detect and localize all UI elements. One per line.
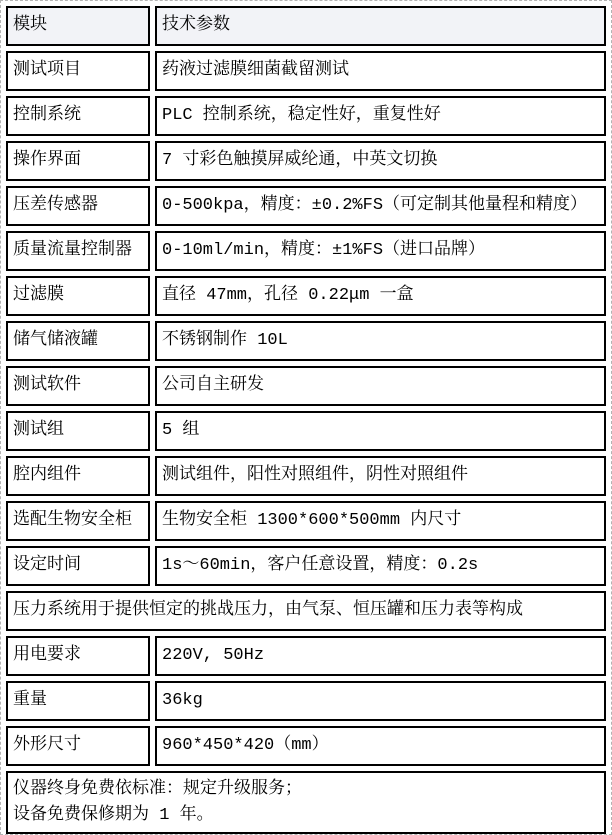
table-row: 操作界面7 寸彩色触摸屏威纶通，中英文切换: [6, 141, 606, 181]
table-row-merged: 仪器终身免费依标准：规定升级服务；设备免费保修期为 1 年。: [6, 771, 606, 834]
row-value: 5 组: [155, 411, 606, 451]
row-label: 控制系统: [6, 96, 150, 136]
row-value: 测试组件，阳性对照组件，阴性对照组件: [155, 456, 606, 496]
row-value: 960*450*420（mm）: [155, 726, 606, 766]
table-row: 设定时间1s～60min，客户任意设置，精度：0.2s: [6, 546, 606, 586]
row-label: 重量: [6, 681, 150, 721]
row-label: 质量流量控制器: [6, 231, 150, 271]
row-label: 测试软件: [6, 366, 150, 406]
table-row: 控制系统PLC 控制系统，稳定性好，重复性好: [6, 96, 606, 136]
header-row: 模块 技术参数: [6, 6, 606, 46]
row-label: 压差传感器: [6, 186, 150, 226]
table-row: 过滤膜直径 47mm，孔径 0.22μm 一盒: [6, 276, 606, 316]
spec-table-body: 测试项目药液过滤膜细菌截留测试控制系统PLC 控制系统，稳定性好，重复性好操作界…: [6, 51, 606, 834]
table-row: 腔内组件测试组件，阳性对照组件，阴性对照组件: [6, 456, 606, 496]
row-label: 用电要求: [6, 636, 150, 676]
row-value: 0-500kpa，精度：±0.2%FS（可定制其他量程和精度）: [155, 186, 606, 226]
table-row: 重量36kg: [6, 681, 606, 721]
row-label: 腔内组件: [6, 456, 150, 496]
row-value: 公司自主研发: [155, 366, 606, 406]
table-row: 选配生物安全柜生物安全柜 1300*600*500mm 内尺寸: [6, 501, 606, 541]
spec-table: 模块 技术参数 测试项目药液过滤膜细菌截留测试控制系统PLC 控制系统，稳定性好…: [1, 1, 611, 835]
table-row: 测试软件公司自主研发: [6, 366, 606, 406]
table-row: 测试组5 组: [6, 411, 606, 451]
row-label: 测试组: [6, 411, 150, 451]
row-value: 220V, 50Hz: [155, 636, 606, 676]
row-label: 外形尺寸: [6, 726, 150, 766]
row-value: PLC 控制系统，稳定性好，重复性好: [155, 96, 606, 136]
row-value: 1s～60min，客户任意设置，精度：0.2s: [155, 546, 606, 586]
table-row: 外形尺寸960*450*420（mm）: [6, 726, 606, 766]
header-cell-params: 技术参数: [155, 6, 606, 46]
table-row-merged: 压力系统用于提供恒定的挑战压力，由气泵、恒压罐和压力表等构成: [6, 591, 606, 631]
merged-row-value: 压力系统用于提供恒定的挑战压力，由气泵、恒压罐和压力表等构成: [6, 591, 606, 631]
row-value: 不锈钢制作 10L: [155, 321, 606, 361]
table-row: 质量流量控制器0-10ml/min，精度：±1%FS（进口品牌）: [6, 231, 606, 271]
row-value: 药液过滤膜细菌截留测试: [155, 51, 606, 91]
spec-sheet: 模块 技术参数 测试项目药液过滤膜细菌截留测试控制系统PLC 控制系统，稳定性好…: [0, 0, 612, 835]
table-row: 用电要求220V, 50Hz: [6, 636, 606, 676]
table-row: 储气储液罐不锈钢制作 10L: [6, 321, 606, 361]
row-label: 选配生物安全柜: [6, 501, 150, 541]
row-label: 操作界面: [6, 141, 150, 181]
header-cell-module: 模块: [6, 6, 150, 46]
row-label: 过滤膜: [6, 276, 150, 316]
row-value: 直径 47mm，孔径 0.22μm 一盒: [155, 276, 606, 316]
row-value: 36kg: [155, 681, 606, 721]
row-value: 生物安全柜 1300*600*500mm 内尺寸: [155, 501, 606, 541]
merged-row-line: 设备免费保修期为 1 年。: [13, 803, 599, 829]
merged-row-value: 仪器终身免费依标准：规定升级服务；设备免费保修期为 1 年。: [6, 771, 606, 834]
row-label: 设定时间: [6, 546, 150, 586]
row-value: 0-10ml/min，精度：±1%FS（进口品牌）: [155, 231, 606, 271]
row-label: 储气储液罐: [6, 321, 150, 361]
row-label: 测试项目: [6, 51, 150, 91]
row-value: 7 寸彩色触摸屏威纶通，中英文切换: [155, 141, 606, 181]
table-row: 压差传感器0-500kpa，精度：±0.2%FS（可定制其他量程和精度）: [6, 186, 606, 226]
table-row: 测试项目药液过滤膜细菌截留测试: [6, 51, 606, 91]
merged-row-line: 仪器终身免费依标准：规定升级服务；: [13, 777, 599, 803]
